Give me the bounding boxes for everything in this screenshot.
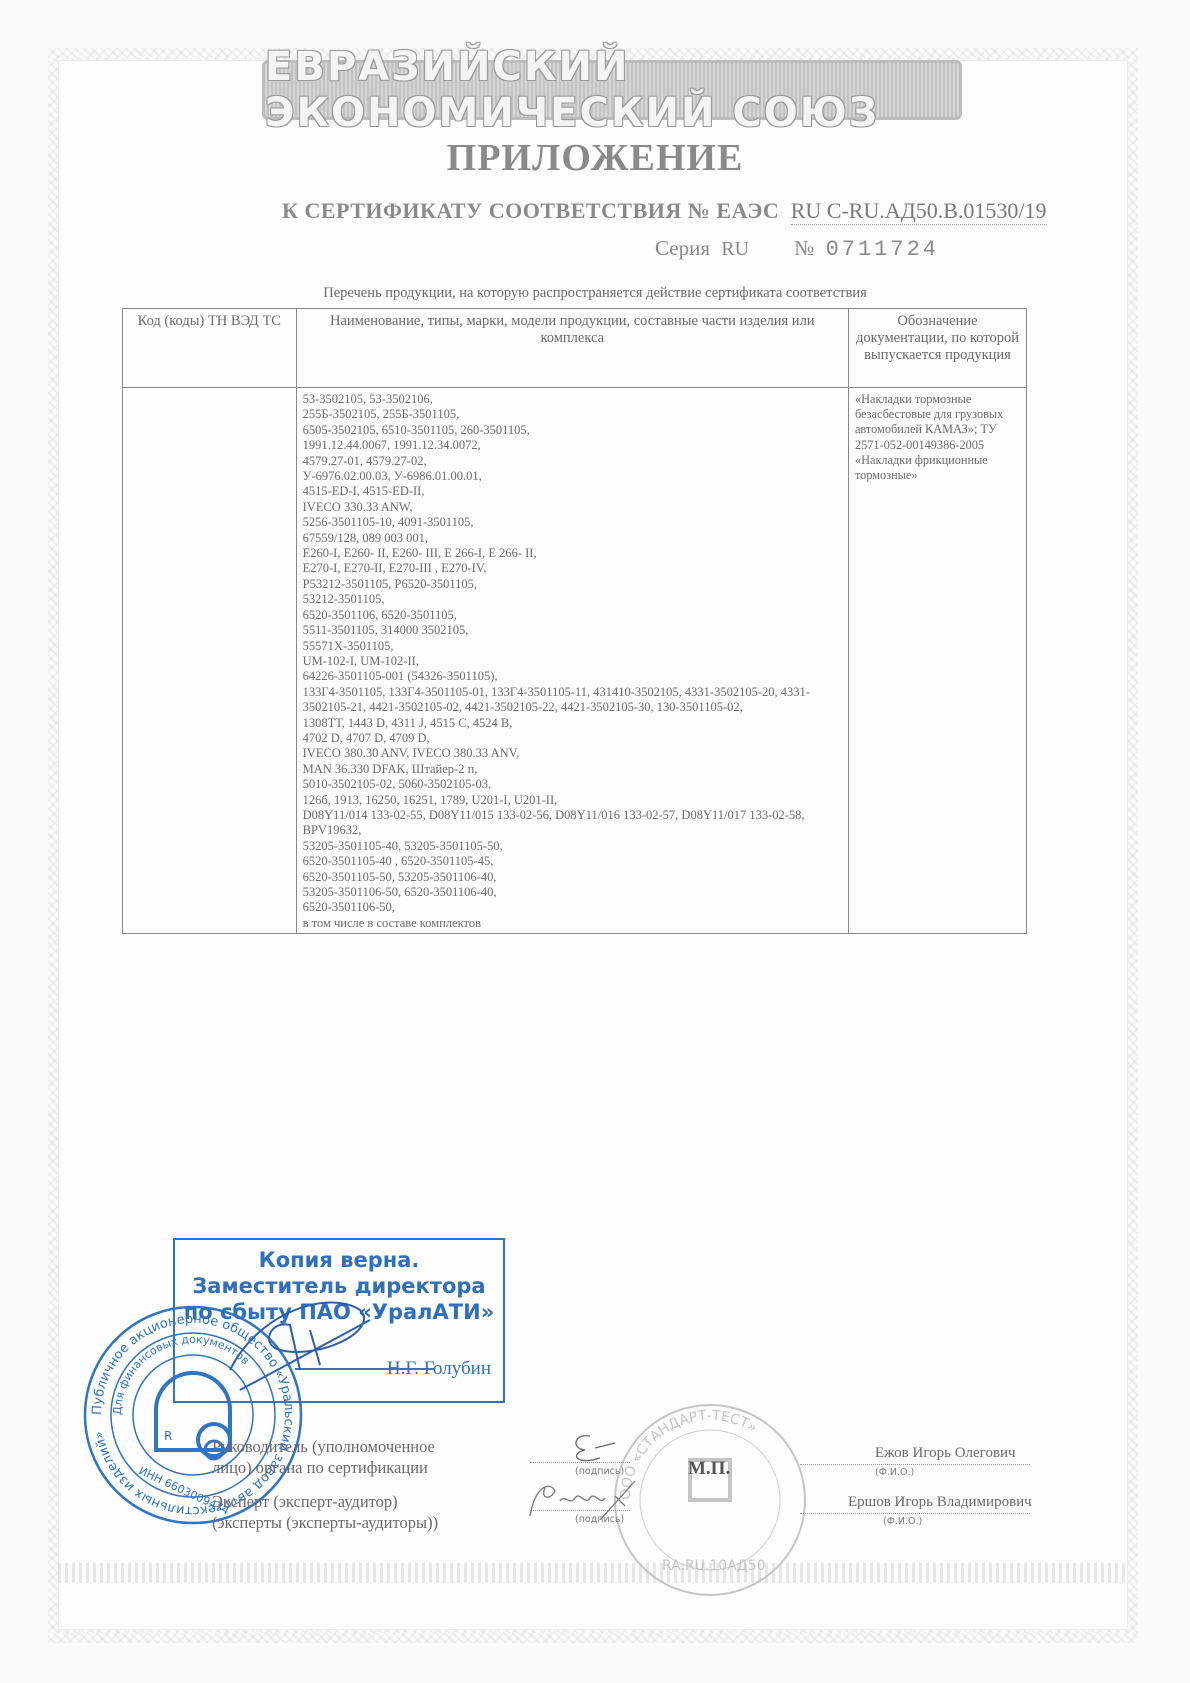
product-line: 53205-3501105-40, 53205-3501105-50, [303,839,842,854]
doc-line: автомобилей КАМАЗ»; ТУ [855,422,1020,437]
product-line: 5256-3501105-10, 4091-3501105, [303,515,842,530]
doc-line: «Накладки фрикционные [855,453,1020,468]
product-line: E270-I, E270-II, E270-III , E270-IV, [303,561,842,576]
doc-line: «Накладки тормозные [855,392,1020,407]
product-line: У-6976.02.00.03, У-6986.01.00.01, [303,469,842,484]
product-line: 6520-3501105-40 , 6520-3501105-45, [303,854,842,869]
expert-name: Ершов Игорь Владимирович [848,1494,1032,1511]
director-signature [220,1290,380,1400]
copy-stamp-line-1: Копия верна. [175,1248,503,1272]
eaeu-banner: ЕВРАЗИЙСКИЙ ЭКОНОМИЧЕСКИЙ СОЮЗ [262,60,962,120]
expert-signature [520,1476,640,1520]
copy-stamp-signer: Н.Г. Голубин [387,1358,491,1380]
product-line: 53212-3501105, [303,592,842,607]
doc-cell: «Накладки тормозныебезасбестовые для гру… [848,388,1026,934]
product-line: 133Г4-3501105, 133Г4-3501105-01, 133Г4-3… [303,685,842,700]
head-label-2: лицо) органа по сертификации [212,1458,428,1478]
product-line: в том числе в составе комплектов [303,916,842,931]
product-line: 67559/128, 089 003 001, [303,531,842,546]
certificate-label: К СЕРТИФИКАТУ СООТВЕТСТВИЯ № ЕАЭС [282,198,779,223]
product-line: 53205-3501106-50, 6520-3501106-40, [303,885,842,900]
expert-fio-caption: (Ф.И.О.) [883,1516,922,1527]
product-line: MAN 36.330 DFAK, Штайер-2 п, [303,762,842,777]
product-line: 4579.27-01, 4579.27-02, [303,454,842,469]
series-value: RU [721,238,749,260]
header-doc: Обозначение документации, по которой вып… [848,309,1026,388]
doc-line: 2571-052-00149386-2005 [855,438,1020,453]
product-line: 4702 D, 4707 D, 4709 D, [303,731,842,746]
header-name: Наименование, типы, марки, модели продук… [296,309,848,388]
product-line: D08Y11/014 133-02-55, D08Y11/015 133-02-… [303,808,842,823]
product-line: 1308ТТ, 1443 D, 4311 J, 4515 C, 4524 B, [303,716,842,731]
product-line: 5010-3502105-02, 5060-3502105-03, [303,777,842,792]
head-label-1: Руководитель (уполномоченное [212,1437,435,1457]
head-name-line [800,1464,1030,1465]
series-line: Серия RU № 0711724 [655,236,939,262]
page-title: ПРИЛОЖЕНИЕ [0,136,1190,180]
product-line: Р53212-3501105, Р6520-3501105, [303,577,842,592]
product-line: 55571Х-3501105, [303,639,842,654]
product-line: 126б, 1913, 16250, 16251, 1789, U201-I, … [303,793,842,808]
header-code: Код (коды) ТН ВЭД ТС [123,309,297,388]
expert-label-1: Эксперт (эксперт-аудитор) [212,1492,398,1512]
product-line: 64226-3501105-001 (54326-3501105), [303,669,842,684]
product-line: 3502105-21, 4421-3502105-02, 4421-350210… [303,700,842,715]
product-line: E260-I, E260- II, E260- III, E 266-I, E … [303,546,842,561]
product-line: 53-3502105, 53-3502106, [303,392,842,407]
product-line: 5511-3501105, 314000 3502105, [303,623,842,638]
product-line: 1991.12.44.0067, 1991.12.34.0072, [303,438,842,453]
product-line: 255Б-3502105, 255Б-3501105, [303,407,842,422]
products-table: Код (коды) ТН ВЭД ТС Наименование, типы,… [122,308,1027,934]
certificate-number: RU C-RU.АД50.В.01530/19 [791,198,1047,225]
certificate-number-line: К СЕРТИФИКАТУ СООТВЕТСТВИЯ № ЕАЭС RU C-R… [282,198,1047,225]
number-label: № [794,236,814,260]
table-header-row: Код (коды) ТН ВЭД ТС Наименование, типы,… [123,309,1027,388]
code-cell [123,388,297,934]
series-label: Серия [655,236,710,260]
svg-text:R: R [164,1429,172,1443]
banner-text: ЕВРАЗИЙСКИЙ ЭКОНОМИЧЕСКИЙ СОЮЗ [265,44,959,136]
product-line: 6520-3501106-50, [303,900,842,915]
product-line: BPV19632, [303,823,842,838]
product-line: 6505-3502105, 6510-3501105, 260-3501105, [303,423,842,438]
product-line: IVECO 380.30 ANV, IVECO 380.33 ANV, [303,746,842,761]
head-name: Ежов Игорь Олегович [875,1445,1016,1462]
product-line: IVECO 330.33 ANW, [303,500,842,515]
doc-line: безасбестовые для грузовых [855,407,1020,422]
footer-security-strip [58,1563,1128,1583]
name-cell: 53-3502105, 53-3502106,255Б-3502105, 255… [296,388,848,934]
product-line: 6520-3501106, 6520-3501105, [303,608,842,623]
product-list-caption: Перечень продукции, на которую распростр… [0,285,1190,302]
head-fio-caption: (Ф.И.О.) [875,1467,914,1478]
stamp-place-label: М.П. [688,1458,730,1480]
table-row: 53-3502105, 53-3502106,255Б-3502105, 255… [123,388,1027,934]
product-line: 4515-ED-I, 4515-ED-II, [303,484,842,499]
expert-label-2: (эксперты (эксперты-аудиторы)) [212,1513,438,1533]
expert-name-line [800,1513,1030,1514]
head-signature [560,1428,620,1468]
product-line: UM-102-I, UM-102-II, [303,654,842,669]
product-line: 6520-3501105-50, 53205-3501106-40, [303,870,842,885]
form-number: 0711724 [826,237,939,262]
doc-line: тормозные» [855,468,1020,483]
